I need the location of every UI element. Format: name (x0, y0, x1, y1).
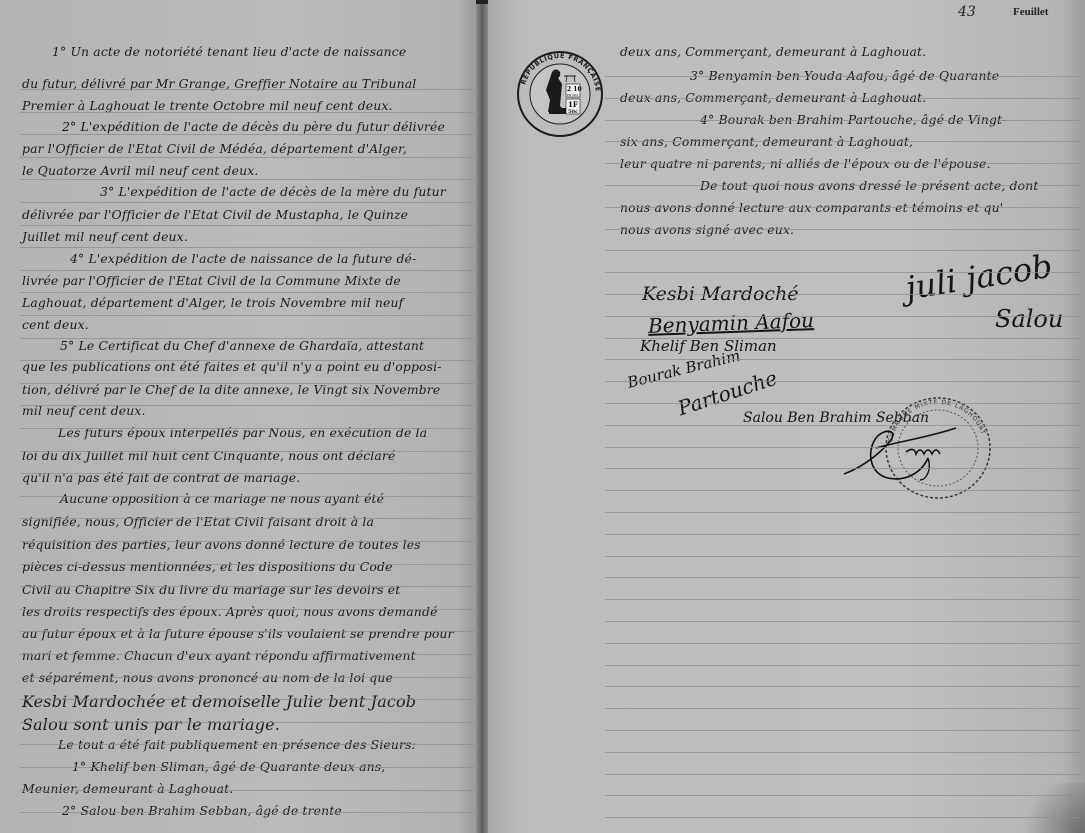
ruled-line (605, 730, 1080, 731)
handwritten-line: au futur époux et à la future épouse s'i… (22, 626, 454, 641)
ruled-line (20, 586, 475, 587)
ruled-line (605, 425, 1080, 426)
folio-number: 43 (958, 4, 976, 20)
ruled-line (20, 790, 475, 791)
ruled-line (20, 338, 475, 339)
ruled-line (605, 229, 1080, 230)
ruled-line (605, 316, 1080, 317)
ruled-line (605, 774, 1080, 775)
ruled-line (605, 294, 1080, 295)
signature-bride-surname: Salou (995, 305, 1063, 333)
ruled-line (605, 512, 1080, 513)
ruled-line (605, 447, 1080, 448)
ruled-line (605, 817, 1080, 818)
handwritten-line: 3° L'expédition de l'acte de décès de la… (100, 184, 446, 199)
ruled-line (20, 451, 475, 452)
ruled-line (20, 179, 475, 180)
handwritten-line: Premier à Laghouat le trente Octobre mil… (22, 98, 393, 113)
ruled-line (20, 405, 475, 406)
handwritten-line: par l'Officier de l'Etat Civil de Médéa,… (22, 141, 407, 156)
svg-text:EN SUS: EN SUS (567, 93, 578, 97)
ruled-line (20, 518, 475, 519)
republique-francaise-tax-stamp-icon: RÉPUBLIQUE FRANÇAISE 2 10 EN SUS 1F 50c (516, 50, 604, 138)
handwritten-line: Juillet mil neuf cent deux. (22, 229, 188, 244)
handwritten-line: Kesbi Mardochée et demoiselle Julie bent… (22, 692, 416, 711)
handwritten-line: délivrée par l'Officier de l'Etat Civil … (22, 207, 408, 222)
handwritten-line: 4° L'expédition de l'acte de naissance d… (70, 251, 416, 266)
handwritten-line: cent deux. (22, 317, 89, 332)
handwritten-line: deux ans, Commerçant, demeurant à Laghou… (620, 44, 926, 59)
page-corner-shadow (1015, 783, 1085, 833)
handwritten-line: 5° Le Certificat du Chef d'annexe de Gha… (60, 338, 424, 353)
ruled-line (20, 473, 475, 474)
ruled-line (20, 134, 475, 135)
handwritten-line: pièces ci-dessus mentionnées, et les dis… (22, 559, 393, 574)
ruled-line (605, 207, 1080, 208)
ruled-line (605, 250, 1080, 251)
ruled-line (20, 360, 475, 361)
ruled-line (20, 496, 475, 497)
handwritten-line: tion, délivré par le Chef de la dite ann… (22, 382, 440, 397)
ruled-line (20, 157, 475, 158)
ruled-line (605, 76, 1080, 77)
ruled-line (605, 141, 1080, 142)
ruled-line (20, 722, 475, 723)
ruled-line (605, 490, 1080, 491)
ruled-line (20, 699, 475, 700)
ruled-line (605, 534, 1080, 535)
book-gutter (476, 0, 488, 833)
ruled-line (605, 621, 1080, 622)
ruled-line (605, 577, 1080, 578)
handwritten-line: Aucune opposition à ce mariage ne nous a… (60, 491, 384, 506)
handwritten-line: signifiée, nous, Officier de l'Etat Civi… (22, 514, 374, 529)
handwritten-line: mari et femme. Chacun d'eux ayant répond… (22, 648, 416, 663)
handwritten-line: livrée par l'Officier de l'Etat Civil de… (22, 273, 401, 288)
handwritten-line: 2° L'expédition de l'acte de décès du pè… (62, 119, 445, 134)
handwritten-line: 1° Un acte de notoriété tenant lieu d'ac… (52, 44, 406, 59)
folio-label: Feuillet (1013, 6, 1048, 18)
ruled-line (605, 163, 1080, 164)
ruled-line (20, 541, 475, 542)
ruled-line (20, 225, 475, 226)
ruled-line (20, 744, 475, 745)
ruled-line (605, 665, 1080, 666)
svg-text:2 10: 2 10 (567, 86, 582, 93)
ruled-line (20, 202, 475, 203)
ruled-line (20, 89, 475, 90)
handwritten-line: le Quatorze Avril mil neuf cent deux. (22, 163, 258, 178)
ruled-line (605, 468, 1080, 469)
ruled-line (605, 403, 1080, 404)
handwritten-line: Meunier, demeurant à Laghouat. (22, 781, 233, 796)
handwritten-line: que les publications ont été faites et q… (22, 359, 442, 374)
handwritten-line: réquisition des parties, leur avons donn… (22, 537, 421, 552)
ruled-line (20, 609, 475, 610)
svg-text:50c: 50c (568, 109, 578, 115)
ruled-line (605, 795, 1080, 796)
ruled-line (20, 654, 475, 655)
ruled-line (605, 120, 1080, 121)
svg-text:1F: 1F (568, 100, 578, 109)
ruled-line (605, 338, 1080, 339)
handwritten-line: Laghouat, département d'Alger, le trois … (22, 295, 403, 310)
register-spread: 43 Feuillet RÉPUBLIQUE FRANÇAISE 2 10 EN… (0, 0, 1085, 833)
ruled-line (605, 752, 1080, 753)
ruled-line (20, 315, 475, 316)
ruled-line (20, 270, 475, 271)
handwritten-line: Salou sont unis par le mariage. (22, 715, 280, 734)
ruled-line (20, 112, 475, 113)
ruled-line (605, 272, 1080, 273)
ruled-line (20, 631, 475, 632)
ruled-line (20, 677, 475, 678)
ruled-line (20, 812, 475, 813)
ruled-line (605, 359, 1080, 360)
ruled-line (20, 247, 475, 248)
ruled-line (605, 98, 1080, 99)
signature-witness-1: Khelif Ben Sliman (640, 337, 777, 355)
handwritten-line: les droits respectifs des époux. Après q… (22, 604, 438, 619)
handwritten-line: Civil au Chapitre Six du livre du mariag… (22, 582, 400, 597)
ruled-line (20, 767, 475, 768)
ruled-line (20, 428, 475, 429)
ruled-line (605, 708, 1080, 709)
ruled-line (20, 292, 475, 293)
ruled-line (605, 185, 1080, 186)
ruled-line (605, 686, 1080, 687)
ruled-line (605, 556, 1080, 557)
handwritten-line: 2° Salou ben Brahim Sebban, âgé de trent… (62, 803, 342, 818)
ruled-line (605, 643, 1080, 644)
ruled-line (20, 383, 475, 384)
ruled-line (605, 381, 1080, 382)
ruled-line (605, 599, 1080, 600)
ruled-line (20, 564, 475, 565)
